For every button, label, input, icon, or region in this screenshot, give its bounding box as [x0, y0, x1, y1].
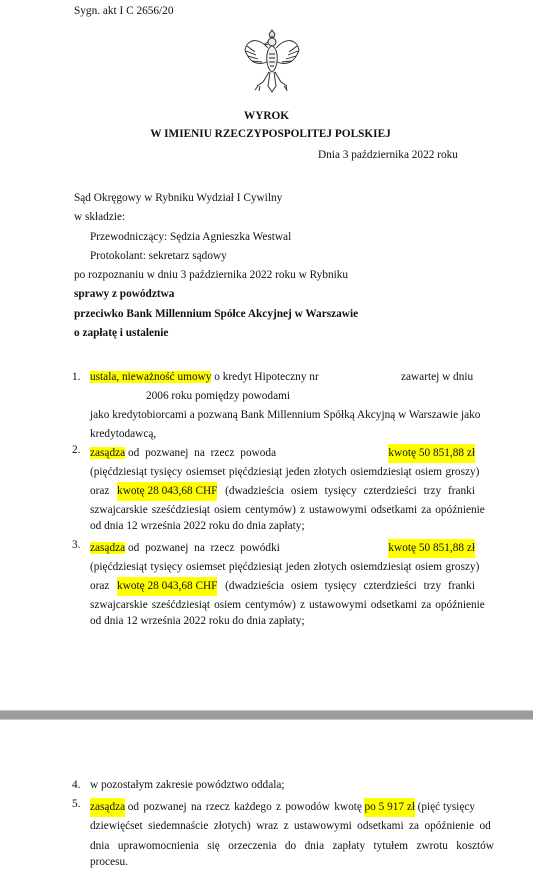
highlight-ruling: zasądza — [90, 798, 125, 817]
defendant: przeciwko Bank Millennium Spółce Akcyjne… — [74, 308, 358, 320]
court-name: Sąd Okręgowy w Rybniku Wydział I Cywilny — [74, 192, 282, 204]
hearing-info: po rozpoznaniu w dniu 3 października 202… — [74, 269, 348, 281]
item-text: procesu. — [90, 856, 128, 868]
item-text: jako kredytobiorcami a pozwaną Bank Mill… — [90, 409, 480, 421]
amount-costs: po 5 917 zł — [364, 798, 415, 817]
document-title: WYROK — [0, 110, 533, 122]
item-text: dziewięćset siedemnaście złotych) wraz z… — [90, 817, 491, 836]
item-text: dnia uprawomocnienia się orzeczenia do d… — [90, 837, 494, 856]
page-break — [0, 710, 533, 720]
highlight-ruling: zasądza — [90, 542, 125, 554]
highlight-ruling: zasądza — [90, 447, 125, 459]
amount-pln: kwotę 50 851,88 zł — [388, 539, 475, 558]
item-text: szwajcarskie sześćdziesiąt osiem centymó… — [90, 596, 485, 615]
item-number: 2. — [72, 444, 80, 456]
item-text: o kredyt Hipoteczny nr — [214, 371, 318, 383]
case-from: sprawy z powództwa — [74, 288, 174, 300]
item-text: od pozwanej na rzecz powoda — [128, 447, 276, 459]
amount-chf: kwotę 28 043,68 CHF — [117, 577, 217, 596]
item-text: zawartej w dniu — [401, 371, 473, 383]
item-text: oraz — [90, 482, 109, 501]
item-text: (dwadzieścia osiem tysięcy czterdzieści … — [225, 577, 475, 596]
amount-chf: kwotę 28 043,68 CHF — [117, 482, 217, 501]
item-text: (pięćdziesiąt tysięcy osiemset pięćdzies… — [90, 558, 479, 577]
item-text: (pięćdziesiąt tysięcy osiemset pięćdzies… — [90, 463, 479, 482]
item-text: od dnia 12 września 2022 roku do dnia za… — [90, 615, 305, 627]
composition-label: w składzie: — [74, 211, 125, 223]
item-text: szwajcarskie sześćdziesiąt osiem centymó… — [90, 501, 485, 520]
presiding-judge: Przewodniczący: Sędzia Agnieszka Westwal — [90, 231, 291, 243]
item-number: 1. — [72, 371, 80, 383]
item-text: od dnia 12 września 2022 roku do dnia za… — [90, 520, 305, 532]
item-number: 4. — [72, 779, 80, 791]
polish-eagle-emblem-icon — [243, 28, 301, 96]
item-text: od pozwanej na rzecz każdego z powodów k… — [128, 798, 362, 817]
highlight-ruling: ustala, nieważność umowy — [90, 371, 211, 383]
item-text: w pozostałym zakresie powództwo oddala; — [90, 779, 285, 791]
item-text: oraz — [90, 577, 109, 596]
item-text: kredytodawcą, — [90, 428, 156, 440]
item-number: 5. — [72, 798, 80, 810]
item-number: 3. — [72, 539, 80, 551]
amount-pln: kwotę 50 851,88 zł — [388, 444, 475, 463]
case-reference: Sygn. akt I C 2656/20 — [74, 5, 173, 17]
item-text: 2006 roku pomiędzy powodami — [146, 390, 290, 402]
item-text: od pozwanej na rzecz powódki — [128, 542, 280, 554]
case-subject: o zapłatę i ustalenie — [74, 327, 168, 339]
item-text: (dwadzieścia osiem tysięcy czterdzieści … — [225, 482, 475, 501]
court-clerk: Protokolant: sekretarz sądowy — [90, 250, 227, 262]
document-subtitle: W IMIENIU RZECZYPOSPOLITEJ POLSKIEJ — [0, 128, 533, 140]
item-text: (pięć tysięcy — [418, 798, 475, 817]
judgment-date: Dnia 3 października 2022 roku — [318, 149, 458, 161]
